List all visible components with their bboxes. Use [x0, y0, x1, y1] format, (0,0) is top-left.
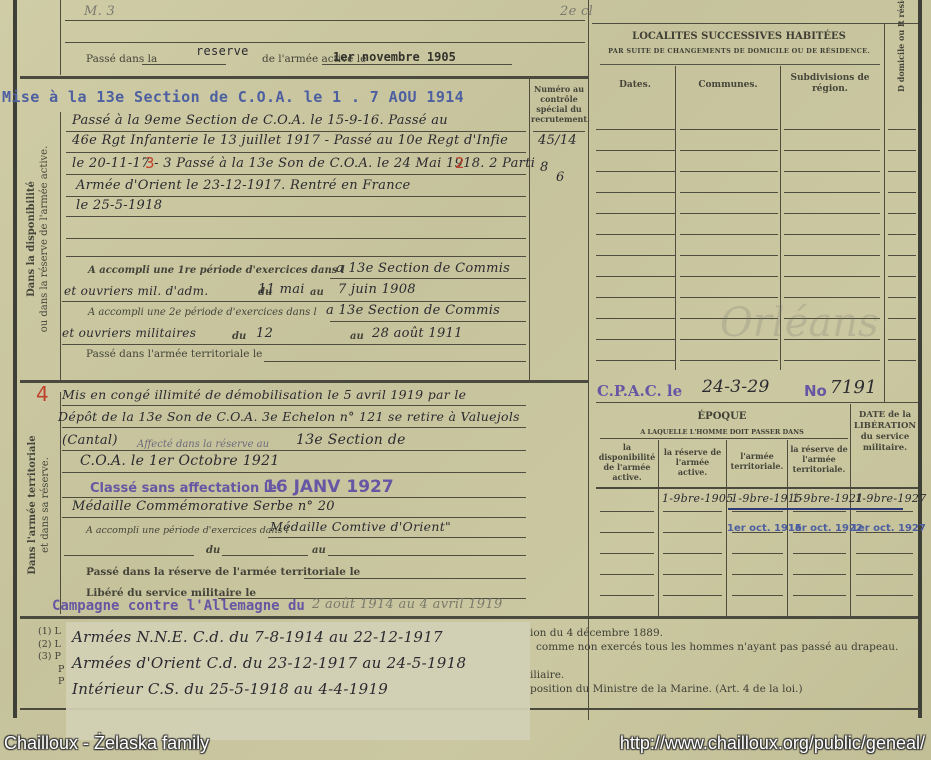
- territoriale-label: Passé dans l'armée territoriale le: [86, 348, 262, 360]
- demob-line-2: Dépôt de la 13e Son de C.O.A. 3e Echelon…: [58, 409, 520, 424]
- rule: [264, 361, 526, 362]
- epoque-row-line: [793, 511, 846, 512]
- demob-line-1: Mis en congé illimité de démobilisation …: [62, 387, 466, 402]
- localites-row-line: [596, 171, 676, 172]
- localites-row-line: [680, 255, 778, 256]
- rule: [62, 472, 526, 473]
- localites-row-line: [596, 213, 676, 214]
- reserve-territoriale-label: Passé dans la réserve de l'armée territo…: [86, 566, 360, 578]
- epoque-col-reserve-territoriale: la réserve de l'armée territoriale.: [789, 444, 849, 474]
- localites-row-line: [784, 276, 880, 277]
- service-line-4: Armée d'Orient le 23-12-1917. Rentré en …: [76, 178, 410, 193]
- period2-du-label: du: [232, 331, 246, 342]
- rule: [322, 64, 512, 65]
- rule: [330, 321, 526, 322]
- rule: [62, 427, 526, 428]
- period1-line2-value: et ouvriers mil. d'adm.: [64, 284, 208, 298]
- epoque-col-territoriale: l'armée territoriale.: [730, 451, 784, 471]
- cpac-stamp: C.P.A.C. le: [597, 382, 682, 400]
- side-column-label: D domicile ou R résidence.: [896, 18, 906, 92]
- epoque-handwritten-date: 1-9bre-1921: [792, 492, 864, 505]
- epoque-handwritten-date: 1-9bre-1927: [855, 492, 927, 505]
- cpac-no-label: No: [804, 382, 827, 400]
- footnote-marker: (1) L: [38, 626, 64, 639]
- epoque-row-line: [600, 595, 654, 596]
- territ-au-label: au: [312, 545, 326, 556]
- localites-col-subdivisions: Subdivisions de région.: [790, 73, 870, 95]
- localites-row-line: [596, 276, 676, 277]
- localites-row-line: [596, 234, 676, 235]
- legal-line-3: iliaire.: [530, 669, 564, 681]
- strike-through-line: [728, 508, 903, 510]
- epoque-handwritten-date: 1-9bre-1905: [662, 492, 734, 505]
- localites-row-line: [784, 150, 880, 151]
- epoque-subtitle: A LAQUELLE L'HOMME DOIT PASSER DANS: [596, 428, 848, 436]
- localites-row-line: [596, 192, 676, 193]
- localites-row-line: [680, 360, 778, 361]
- numero-controle-header: Numéro au contrôle spécial du recrutemen…: [531, 84, 587, 124]
- side-label-line: Dans la disponibilité: [25, 139, 38, 339]
- rule: [66, 216, 526, 217]
- footnote-marker: (2) L: [38, 639, 64, 652]
- localites-row-line: [888, 129, 916, 130]
- epoque-row-line: [856, 553, 913, 554]
- rule: [268, 537, 526, 538]
- rule: [62, 344, 526, 345]
- epoque-row-line: [856, 574, 913, 575]
- localites-row-line: [596, 297, 676, 298]
- localites-row-line: [784, 192, 880, 193]
- territ-du-label: du: [206, 545, 220, 556]
- rule: [142, 64, 226, 65]
- rule: [66, 152, 526, 153]
- period2-value: a 13e Section de Commis: [326, 303, 500, 318]
- legal-line-1: ion du 4 décembre 1889.: [530, 627, 663, 639]
- side-label-disponibilite: Dans la disponibilité ou dans la réserve…: [25, 139, 51, 339]
- localites-col-dates: Dates.: [596, 80, 674, 91]
- localites-row-line: [680, 234, 778, 235]
- period2-au-label: au: [350, 331, 364, 342]
- rule: [596, 402, 918, 403]
- rule: [596, 487, 918, 489]
- epoque-row-line: [732, 553, 783, 554]
- footnote-marker: (3) P: [38, 651, 64, 664]
- binding-edge: [13, 0, 17, 718]
- watermark-left: Chailloux - Żelaska family: [4, 733, 209, 754]
- localites-row-line: [784, 213, 880, 214]
- column-divider: [884, 23, 885, 403]
- date-liberation-header: DATE de la LIBÉRATION du service militai…: [853, 410, 917, 454]
- localites-row-line: [596, 255, 676, 256]
- rule: [62, 517, 526, 518]
- watermark-right[interactable]: http://www.chailloux.org/public/geneal/: [620, 733, 925, 754]
- rule: [66, 256, 526, 257]
- classe-stamp-date: 16 JANV 1927: [264, 477, 394, 497]
- period1-value: a 13e Section de Commis: [336, 261, 510, 276]
- localites-row-line: [680, 150, 778, 151]
- epoque-row-line: [600, 532, 654, 533]
- epoque-row-line: [732, 574, 783, 575]
- side-label-line: ou dans la réserve de l'armée active.: [38, 139, 51, 339]
- epoque-col-reserve-active: la réserve de l'armée active.: [660, 447, 725, 477]
- epoque-row-line: [663, 574, 722, 575]
- passe-reserve-value: reserve: [196, 44, 249, 58]
- campaign-note-line-3: Intérieur C.S. du 25-5-1918 au 4-4-1919: [72, 680, 388, 698]
- campaign-note-line-1: Armées N.N.E. C.d. du 7-8-1914 au 22-12-…: [72, 628, 443, 646]
- epoque-row-line: [856, 511, 913, 512]
- column-divider: [850, 404, 851, 618]
- register-page: M. 3 2e cl Passé dans la reserve de l'ar…: [0, 0, 931, 760]
- period2-du-value: 12: [256, 326, 273, 341]
- epoque-row-line: [793, 553, 846, 554]
- localites-row-line: [784, 171, 880, 172]
- cpac-no-value: 7191: [830, 377, 877, 398]
- localites-row-line: [888, 213, 916, 214]
- footnote-markers: (1) L (2) L (3) P P P: [38, 626, 64, 689]
- localites-row-line: [596, 129, 676, 130]
- rule: [328, 555, 526, 556]
- localites-row-line: [784, 297, 880, 298]
- localites-row-line: [596, 360, 676, 361]
- rule: [600, 438, 848, 439]
- campagne-stamp: Campagne contre l'Allemagne du: [52, 598, 305, 614]
- epoque-row-line: [663, 595, 722, 596]
- epoque-col-disponibilite: la disponibilité de l'armée active.: [597, 442, 657, 482]
- localites-row-line: [784, 255, 880, 256]
- localites-row-line: [888, 339, 916, 340]
- rule: [600, 64, 880, 65]
- side-label-line: et dans sa réserve.: [39, 410, 52, 600]
- period1-au-value: 7 juin 1908: [338, 282, 416, 297]
- period2-au-value: 28 août 1911: [372, 326, 463, 341]
- rule: [222, 555, 308, 556]
- localites-row-line: [888, 360, 916, 361]
- epoque-title: ÉPOQUE: [596, 411, 848, 422]
- localites-row-line: [680, 213, 778, 214]
- localites-row-line: [596, 150, 676, 151]
- affectation-stamp: Mise à la 13e Section de C.O.A. le 1 . 7…: [2, 88, 464, 106]
- rule: [62, 405, 526, 406]
- localites-row-line: [680, 192, 778, 193]
- localites-col-communes: Communes.: [677, 80, 779, 91]
- affecte-stamp: Affecté dans la réserve au: [137, 439, 269, 450]
- column-divider: [658, 440, 659, 616]
- column-divider: [675, 66, 676, 370]
- localites-row-line: [888, 255, 916, 256]
- legal-line-2: comme non exercés tous les hommes n'ayan…: [536, 641, 898, 653]
- armee-active-value: 1er novembre 1905: [333, 50, 456, 64]
- period2-line2-value: et ouvriers militaires: [62, 326, 196, 340]
- localites-row-line: [680, 129, 778, 130]
- handwritten-class: M. 3: [84, 4, 115, 19]
- epoque-row-line: [663, 511, 722, 512]
- campagne-value: 2 août 1914 au 4 avril 1919: [312, 597, 503, 612]
- localites-row-line: [680, 297, 778, 298]
- bracket-line: [60, 392, 61, 614]
- affecte-value: 13e Section de: [296, 432, 406, 448]
- red-mark-4: 4: [36, 382, 49, 406]
- localites-row-line: [888, 150, 916, 151]
- demob-line-4: C.O.A. le 1er Octobre 1921: [80, 453, 280, 469]
- demob-line-3: (Cantal): [62, 433, 118, 448]
- rule: [66, 196, 526, 197]
- epoque-row-line: [600, 511, 654, 512]
- rule: [65, 42, 585, 43]
- localites-row-line: [596, 339, 676, 340]
- epoque-row-line: [663, 532, 722, 533]
- numero-controle-value-1: 45/14: [538, 133, 577, 148]
- epoque-row-line: [856, 595, 913, 596]
- bracket-line: [60, 112, 61, 382]
- localites-row-line: [784, 234, 880, 235]
- localites-row-line: [888, 234, 916, 235]
- epoque-row-line: [793, 574, 846, 575]
- epoque-row-line: [600, 574, 654, 575]
- localites-row-line: [784, 129, 880, 130]
- territ-period-value: Médaille Comtive d'Orient": [270, 519, 451, 534]
- rule: [533, 131, 585, 132]
- legal-line-4: position du Ministre de la Marine. (Art.…: [530, 683, 803, 695]
- service-line-5: le 25-5-1918: [76, 198, 162, 213]
- faded-pencil-note: Orléans: [720, 300, 879, 346]
- section-divider: [20, 380, 588, 383]
- red-mark-3: 3: [145, 154, 155, 172]
- epoque-row-line: [663, 553, 722, 554]
- rule: [66, 174, 526, 175]
- localites-row-line: [784, 360, 880, 361]
- numero-controle-value-3: 6: [556, 170, 565, 185]
- rule: [330, 278, 526, 279]
- epoque-row-line: [732, 511, 783, 512]
- epoque-row-line: [600, 553, 654, 554]
- service-line-3: le 20-11-17 - 3 Passé à la 13e Son de C.…: [72, 156, 535, 171]
- medaille-line: Médaille Commémorative Serbe n° 20: [72, 499, 335, 514]
- epoque-stamped-date: 1er oct. 1927: [851, 523, 926, 534]
- localites-row-line: [888, 276, 916, 277]
- section-divider: [20, 76, 588, 79]
- footnote-marker: P: [38, 676, 64, 689]
- rule: [304, 578, 526, 579]
- epoque-row-line: [732, 595, 783, 596]
- localites-row-line: [888, 297, 916, 298]
- period1-du-value: 11 mai: [258, 282, 305, 297]
- cpac-date: 24-3-29: [702, 377, 770, 397]
- rule: [65, 20, 585, 21]
- rule: [62, 497, 526, 498]
- localites-row-line: [888, 171, 916, 172]
- bracket-line: [60, 0, 61, 75]
- rule: [66, 131, 526, 132]
- footnote-marker: P: [38, 664, 64, 677]
- localites-row-line: [888, 192, 916, 193]
- localites-row-line: [596, 318, 676, 319]
- rule: [64, 555, 194, 556]
- localites-row-line: [888, 318, 916, 319]
- localites-row-line: [680, 171, 778, 172]
- side-label-territoriale: Dans l'armée territoriale et dans sa rés…: [26, 410, 52, 600]
- rule: [62, 450, 526, 451]
- period2-label: A accompli une 2e période d'exercices da…: [88, 307, 317, 318]
- section-divider: [20, 616, 920, 619]
- column-divider: [529, 78, 530, 380]
- localites-subtitle: PAR SUITE DE CHANGEMENTS DE DOMICILE OU …: [594, 47, 884, 55]
- side-label-line: Dans l'armée territoriale: [26, 410, 39, 600]
- rule: [62, 301, 526, 302]
- localites-row-line: [680, 276, 778, 277]
- localites-side-header: D domicile ou R résidence.: [886, 30, 916, 100]
- numero-controle-value-2: 8: [540, 160, 549, 175]
- page-divider: [588, 0, 589, 720]
- page-edge: [918, 0, 922, 718]
- service-line-1: Passé à la 9eme Section de C.O.A. le 15-…: [72, 113, 448, 128]
- campaign-note-line-2: Armées d'Orient C.d. du 23-12-1917 au 24…: [72, 654, 466, 672]
- service-line-2: 46e Rgt Infanterie le 13 juillet 1917 - …: [72, 133, 508, 148]
- red-mark-2: 2: [455, 154, 465, 172]
- localites-title: LOCALITES SUCCESSIVES HABITÉES: [594, 31, 884, 42]
- period1-label: A accompli une 1re période d'exercices d…: [88, 265, 345, 276]
- rule: [592, 23, 922, 24]
- period1-au-label: au: [310, 287, 324, 298]
- classe-stamp-label: Classé sans affectation le: [90, 481, 277, 496]
- epoque-row-line: [793, 595, 846, 596]
- rule: [66, 238, 526, 239]
- territ-period-label: A accompli une période d'exercices dans …: [86, 525, 289, 536]
